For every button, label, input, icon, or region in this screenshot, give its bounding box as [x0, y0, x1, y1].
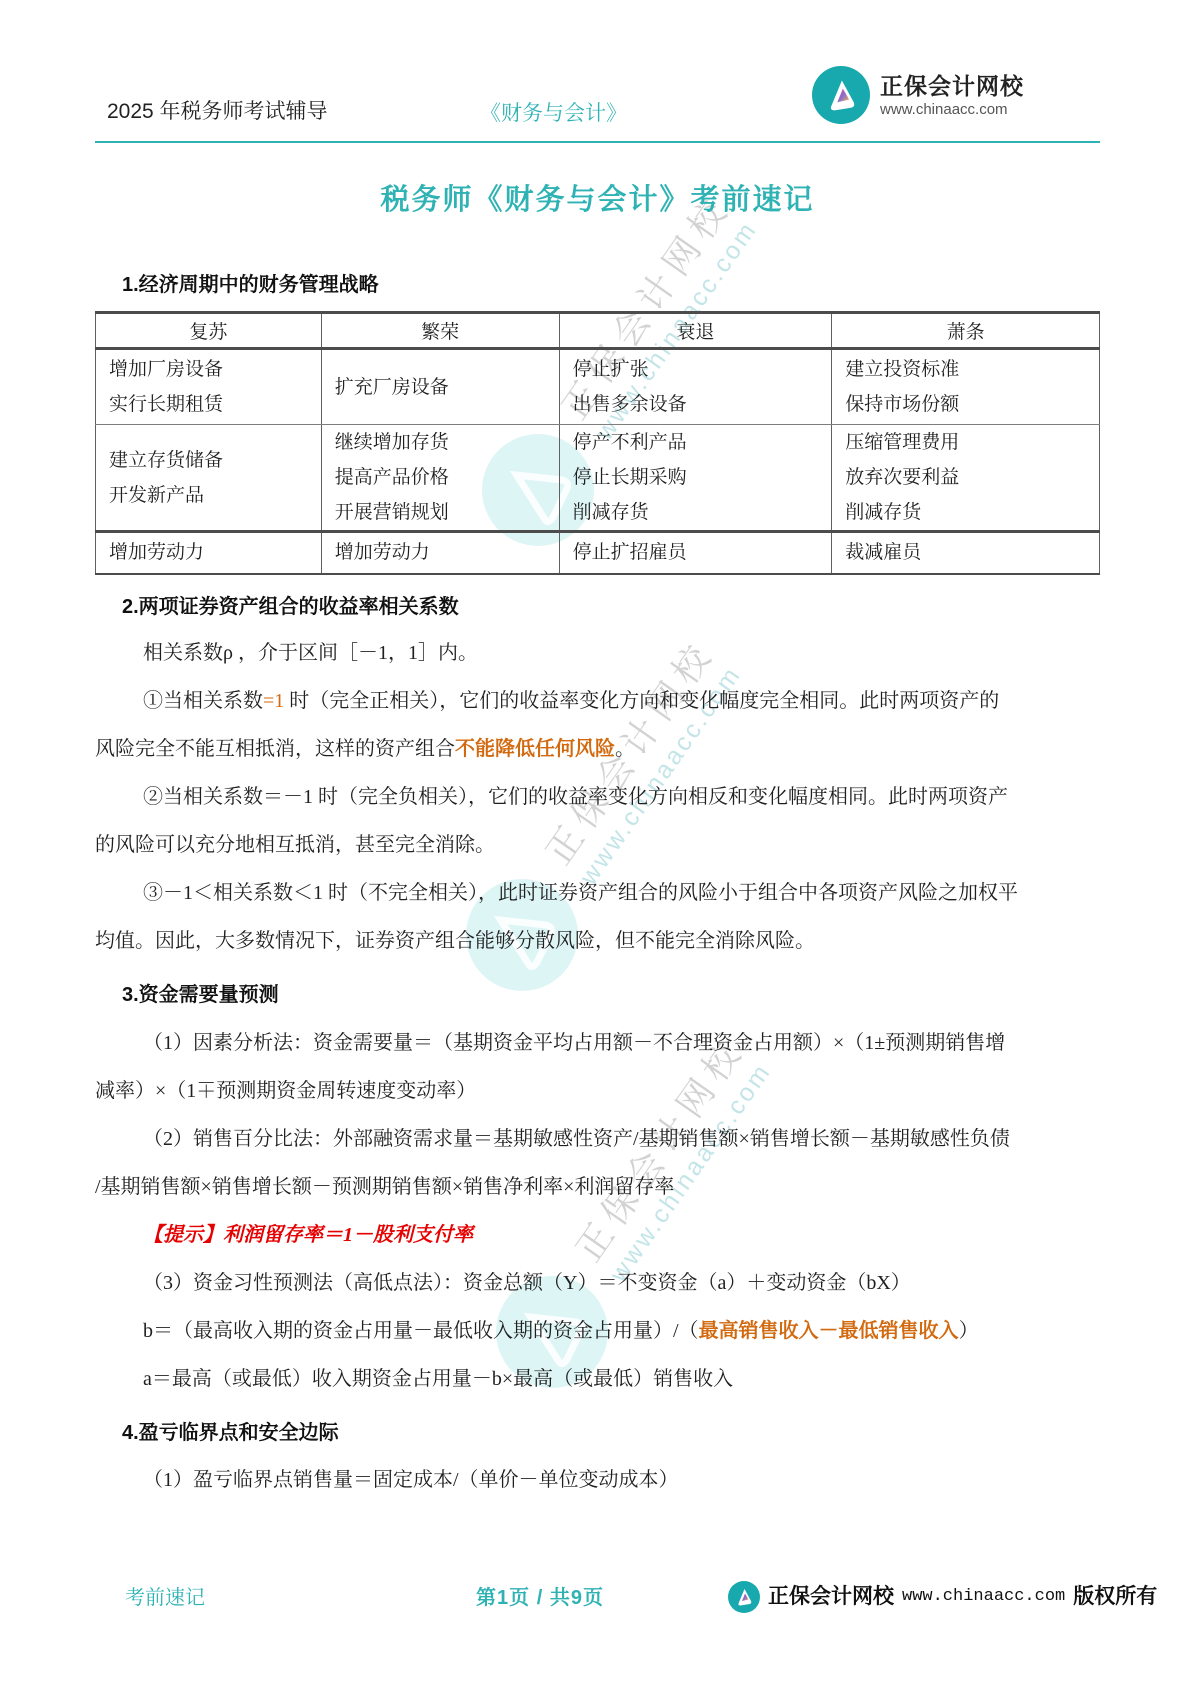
table-row: 增加厂房设备实行长期租赁扩充厂房设备停止扩张出售多余设备建立投资标准保持市场份额 — [96, 349, 1100, 425]
text-line: 均值。因此，大多数情况下，证券资产组合能够分散风险，但不能完全消除风险。 — [95, 917, 1100, 965]
text-line: （3）资金习性预测法（高低点法）：资金总额（Y）＝不变资金（a）＋变动资金（bX… — [95, 1259, 1100, 1307]
text-line: b＝（最高收入期的资金占用量－最低收入期的资金占用量）/（最高销售收入－最低销售… — [95, 1307, 1100, 1355]
section-heading-1: 1.经济周期中的财务管理战略 — [122, 271, 379, 299]
text-line: /基期销售额×销售增长额－预测期销售额×销售净利率×利润留存率 — [95, 1163, 1100, 1211]
text-line: 减率）×（1∓预测期资金周转速度变动率） — [95, 1067, 1100, 1115]
page-title: 税务师《财务与会计》考前速记 — [95, 182, 1100, 218]
table-cell: 建立存货储备开发新产品 — [96, 425, 322, 532]
footer-brand: 正保会计网校 www.chinaacc.com 版权所有 — [728, 1581, 1157, 1613]
table-cell: 压缩管理费用放弃次要利益削减存货 — [832, 425, 1100, 532]
footer-brand-url: www.chinaacc.com — [902, 1582, 1065, 1612]
section-heading-3: 3.资金需要量预测 — [122, 981, 279, 1009]
brand-name: 正保会计网校 — [880, 71, 1024, 101]
table-row: 增加劳动力增加劳动力停止扩招雇员裁减雇员 — [96, 532, 1100, 574]
table-header-cell: 衰退 — [559, 313, 832, 349]
table-cell: 继续增加存货提高产品价格开展营销规划 — [321, 425, 559, 532]
text-line: ②当相关系数＝－1 时（完全负相关），它们的收益率变化方向相反和变化幅度相同。此… — [95, 773, 1100, 821]
table-row: 建立存货储备开发新产品继续增加存货提高产品价格开展营销规划停产不利产品停止长期采… — [96, 425, 1100, 532]
footer-doc-label: 考前速记 — [125, 1585, 205, 1611]
text-line: ①当相关系数=1 时（完全正相关），它们的收益率变化方向和变化幅度完全相同。此时… — [95, 677, 1100, 725]
table-cell: 停止扩张出售多余设备 — [559, 349, 832, 425]
text-line: （2）销售百分比法：外部融资需求量＝基期敏感性资产/基期销售额×销售增长额－基期… — [95, 1115, 1100, 1163]
header-brand: 正保会计网校 www.chinaacc.com — [812, 66, 1024, 124]
brand-logo-icon — [812, 66, 870, 124]
table-cell: 停止扩招雇员 — [559, 532, 832, 574]
table-cell: 建立投资标准保持市场份额 — [832, 349, 1100, 425]
section-4-body: （1）盈亏临界点销售量＝固定成本/（单价－单位变动成本） — [95, 1456, 1100, 1504]
table-cell: 增加劳动力 — [96, 532, 322, 574]
text-line: a＝最高（或最低）收入期资金占用量－b×最高（或最低）销售收入 — [95, 1355, 1100, 1403]
text-line: 相关系数ρ ，介于区间［－1，1］内。 — [95, 629, 1100, 677]
table-header-cell: 萧条 — [832, 313, 1100, 349]
section-3-body: （1）因素分析法：资金需要量＝（基期资金平均占用额－不合理资金占用额）×（1±预… — [95, 1019, 1100, 1403]
brand-url: www.chinaacc.com — [880, 101, 1024, 119]
table-header-cell: 复苏 — [96, 313, 322, 349]
section-2-body: 相关系数ρ ，介于区间［－1，1］内。①当相关系数=1 时（完全正相关），它们的… — [95, 629, 1100, 965]
text-line: ③－1＜相关系数＜1 时（不完全相关），此时证券资产组合的风险小于组合中各项资产… — [95, 869, 1100, 917]
table-cell: 停产不利产品停止长期采购削减存货 — [559, 425, 832, 532]
header-course-label: 2025 年税务师考试辅导 — [107, 99, 328, 125]
business-cycle-strategy-table: 复苏繁荣衰退萧条增加厂房设备实行长期租赁扩充厂房设备停止扩张出售多余设备建立投资… — [95, 311, 1100, 575]
text-line: （1）盈亏临界点销售量＝固定成本/（单价－单位变动成本） — [95, 1456, 1100, 1504]
table-cell: 扩充厂房设备 — [321, 349, 559, 425]
table-header-cell: 繁荣 — [321, 313, 559, 349]
page-indicator: 第1页 / 共9页 — [430, 1585, 650, 1611]
footer-brand-name: 正保会计网校 — [768, 1582, 894, 1612]
text-line: 的风险可以充分地相互抵消，甚至完全消除。 — [95, 821, 1100, 869]
section-heading-4: 4.盈亏临界点和安全边际 — [122, 1419, 339, 1447]
header-divider — [95, 141, 1100, 143]
table-cell: 增加劳动力 — [321, 532, 559, 574]
text-line: 风险完全不能互相抵消，这样的资产组合不能降低任何风险。 — [95, 725, 1100, 773]
table-cell: 增加厂房设备实行长期租赁 — [96, 349, 322, 425]
section-heading-2: 2.两项证券资产组合的收益率相关系数 — [122, 593, 459, 621]
table-cell: 裁减雇员 — [832, 532, 1100, 574]
text-line: （1）因素分析法：资金需要量＝（基期资金平均占用额－不合理资金占用额）×（1±预… — [95, 1019, 1100, 1067]
brand-logo-icon — [728, 1581, 760, 1613]
document-page: 正保会计网校 www.chinaacc.com 正保会计网校 www.china… — [0, 0, 1190, 1683]
header-subject-label: 《财务与会计》 — [480, 101, 627, 127]
text-line: 【提示】利润留存率＝1－股利支付率 — [95, 1211, 1100, 1259]
footer-copyright: 版权所有 — [1073, 1582, 1157, 1612]
